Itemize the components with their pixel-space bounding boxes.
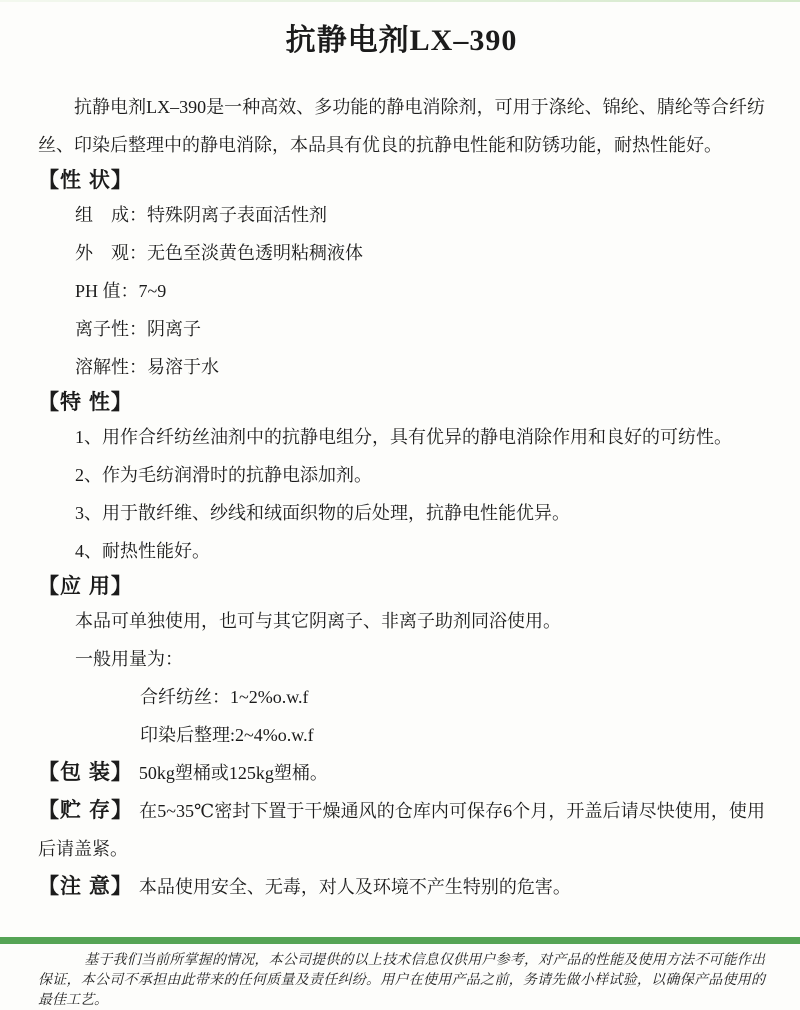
property-label: PH 值：: [75, 281, 139, 301]
section-packaging: 【包 装】50kg塑桶或125kg塑桶。: [38, 754, 765, 792]
section-heading-features: 【特 性】: [38, 388, 765, 418]
property-label: 溶解性：: [75, 357, 147, 377]
property-label: 外 观：: [75, 243, 147, 263]
packaging-text: 50kg塑桶或125kg塑桶。: [139, 763, 328, 783]
section-heading-packaging: 【包 装】: [38, 761, 133, 784]
feature-item: 1、用作合纤纺丝油剂中的抗静电组分，具有优异的静电消除作用和良好的可纺性。: [75, 418, 765, 456]
dosage-item-spinning: 合纤纺丝：1~2%o.w.f: [38, 678, 765, 716]
property-value: 特殊阴离子表面活性剂: [147, 205, 327, 225]
page-title: 抗静电剂LX–390: [38, 22, 765, 60]
section-heading-application: 【应 用】: [38, 572, 765, 602]
document-body: 抗静电剂LX–390 抗静电剂LX–390是一种高效、多功能的静电消除剂，可用于…: [0, 22, 800, 906]
section-notice: 【注 意】本品使用安全、无毒，对人及环境不产生特别的危害。: [38, 868, 765, 906]
property-value: 无色至淡黄色透明粘稠液体: [147, 243, 363, 263]
scan-edge-tint: [0, 0, 800, 2]
features-list: 1、用作合纤纺丝油剂中的抗静电组分，具有优异的静电消除作用和良好的可纺性。 2、…: [38, 418, 765, 570]
property-row-solubility: 溶解性：易溶于水: [75, 348, 765, 386]
section-heading-storage: 【贮 存】: [38, 799, 133, 822]
footer-divider-bar: [0, 937, 800, 944]
feature-item: 4、耐热性能好。: [75, 532, 765, 570]
properties-list: 组 成：特殊阴离子表面活性剂 外 观：无色至淡黄色透明粘稠液体 PH 值：7~9…: [38, 196, 765, 386]
section-heading-properties: 【性 状】: [38, 166, 765, 196]
property-label: 组 成：: [75, 205, 147, 225]
property-value: 阴离子: [147, 319, 201, 339]
property-row-appearance: 外 观：无色至淡黄色透明粘稠液体: [75, 234, 765, 272]
section-heading-notice: 【注 意】: [38, 875, 133, 898]
feature-item: 3、用于散纤维、纱线和绒面织物的后处理，抗静电性能优异。: [75, 494, 765, 532]
property-value: 7~9: [139, 281, 167, 301]
section-storage: 【贮 存】在5~35℃密封下置于干燥通风的仓库内可保存6个月，开盖后请尽快使用，…: [38, 792, 765, 868]
property-row-composition: 组 成：特殊阴离子表面活性剂: [75, 196, 765, 234]
application-usage-line: 本品可单独使用，也可与其它阴离子、非离子助剂同浴使用。: [38, 602, 765, 640]
notice-text: 本品使用安全、无毒，对人及环境不产生特别的危害。: [139, 877, 571, 897]
property-label: 离子性：: [75, 319, 147, 339]
datasheet-page: 抗静电剂LX–390 抗静电剂LX–390是一种高效、多功能的静电消除剂，可用于…: [0, 0, 800, 1010]
property-value: 易溶于水: [147, 357, 219, 377]
property-row-ionicity: 离子性：阴离子: [75, 310, 765, 348]
property-row-ph: PH 值：7~9: [75, 272, 765, 310]
intro-paragraph: 抗静电剂LX–390是一种高效、多功能的静电消除剂，可用于涤纶、锦纶、腈纶等合纤…: [38, 88, 765, 164]
feature-item: 2、作为毛纺润滑时的抗静电添加剂。: [75, 456, 765, 494]
dosage-item-finishing: 印染后整理:2~4%o.w.f: [38, 716, 765, 754]
application-dosage-intro: 一般用量为：: [38, 640, 765, 678]
storage-text: 在5~35℃密封下置于干燥通风的仓库内可保存6个月，开盖后请尽快使用，使用后请盖…: [38, 801, 765, 859]
footer-disclaimer: 基于我们当前所掌握的情况，本公司提供的以上技术信息仅供用户参考，对产品的性能及使…: [38, 951, 765, 1010]
